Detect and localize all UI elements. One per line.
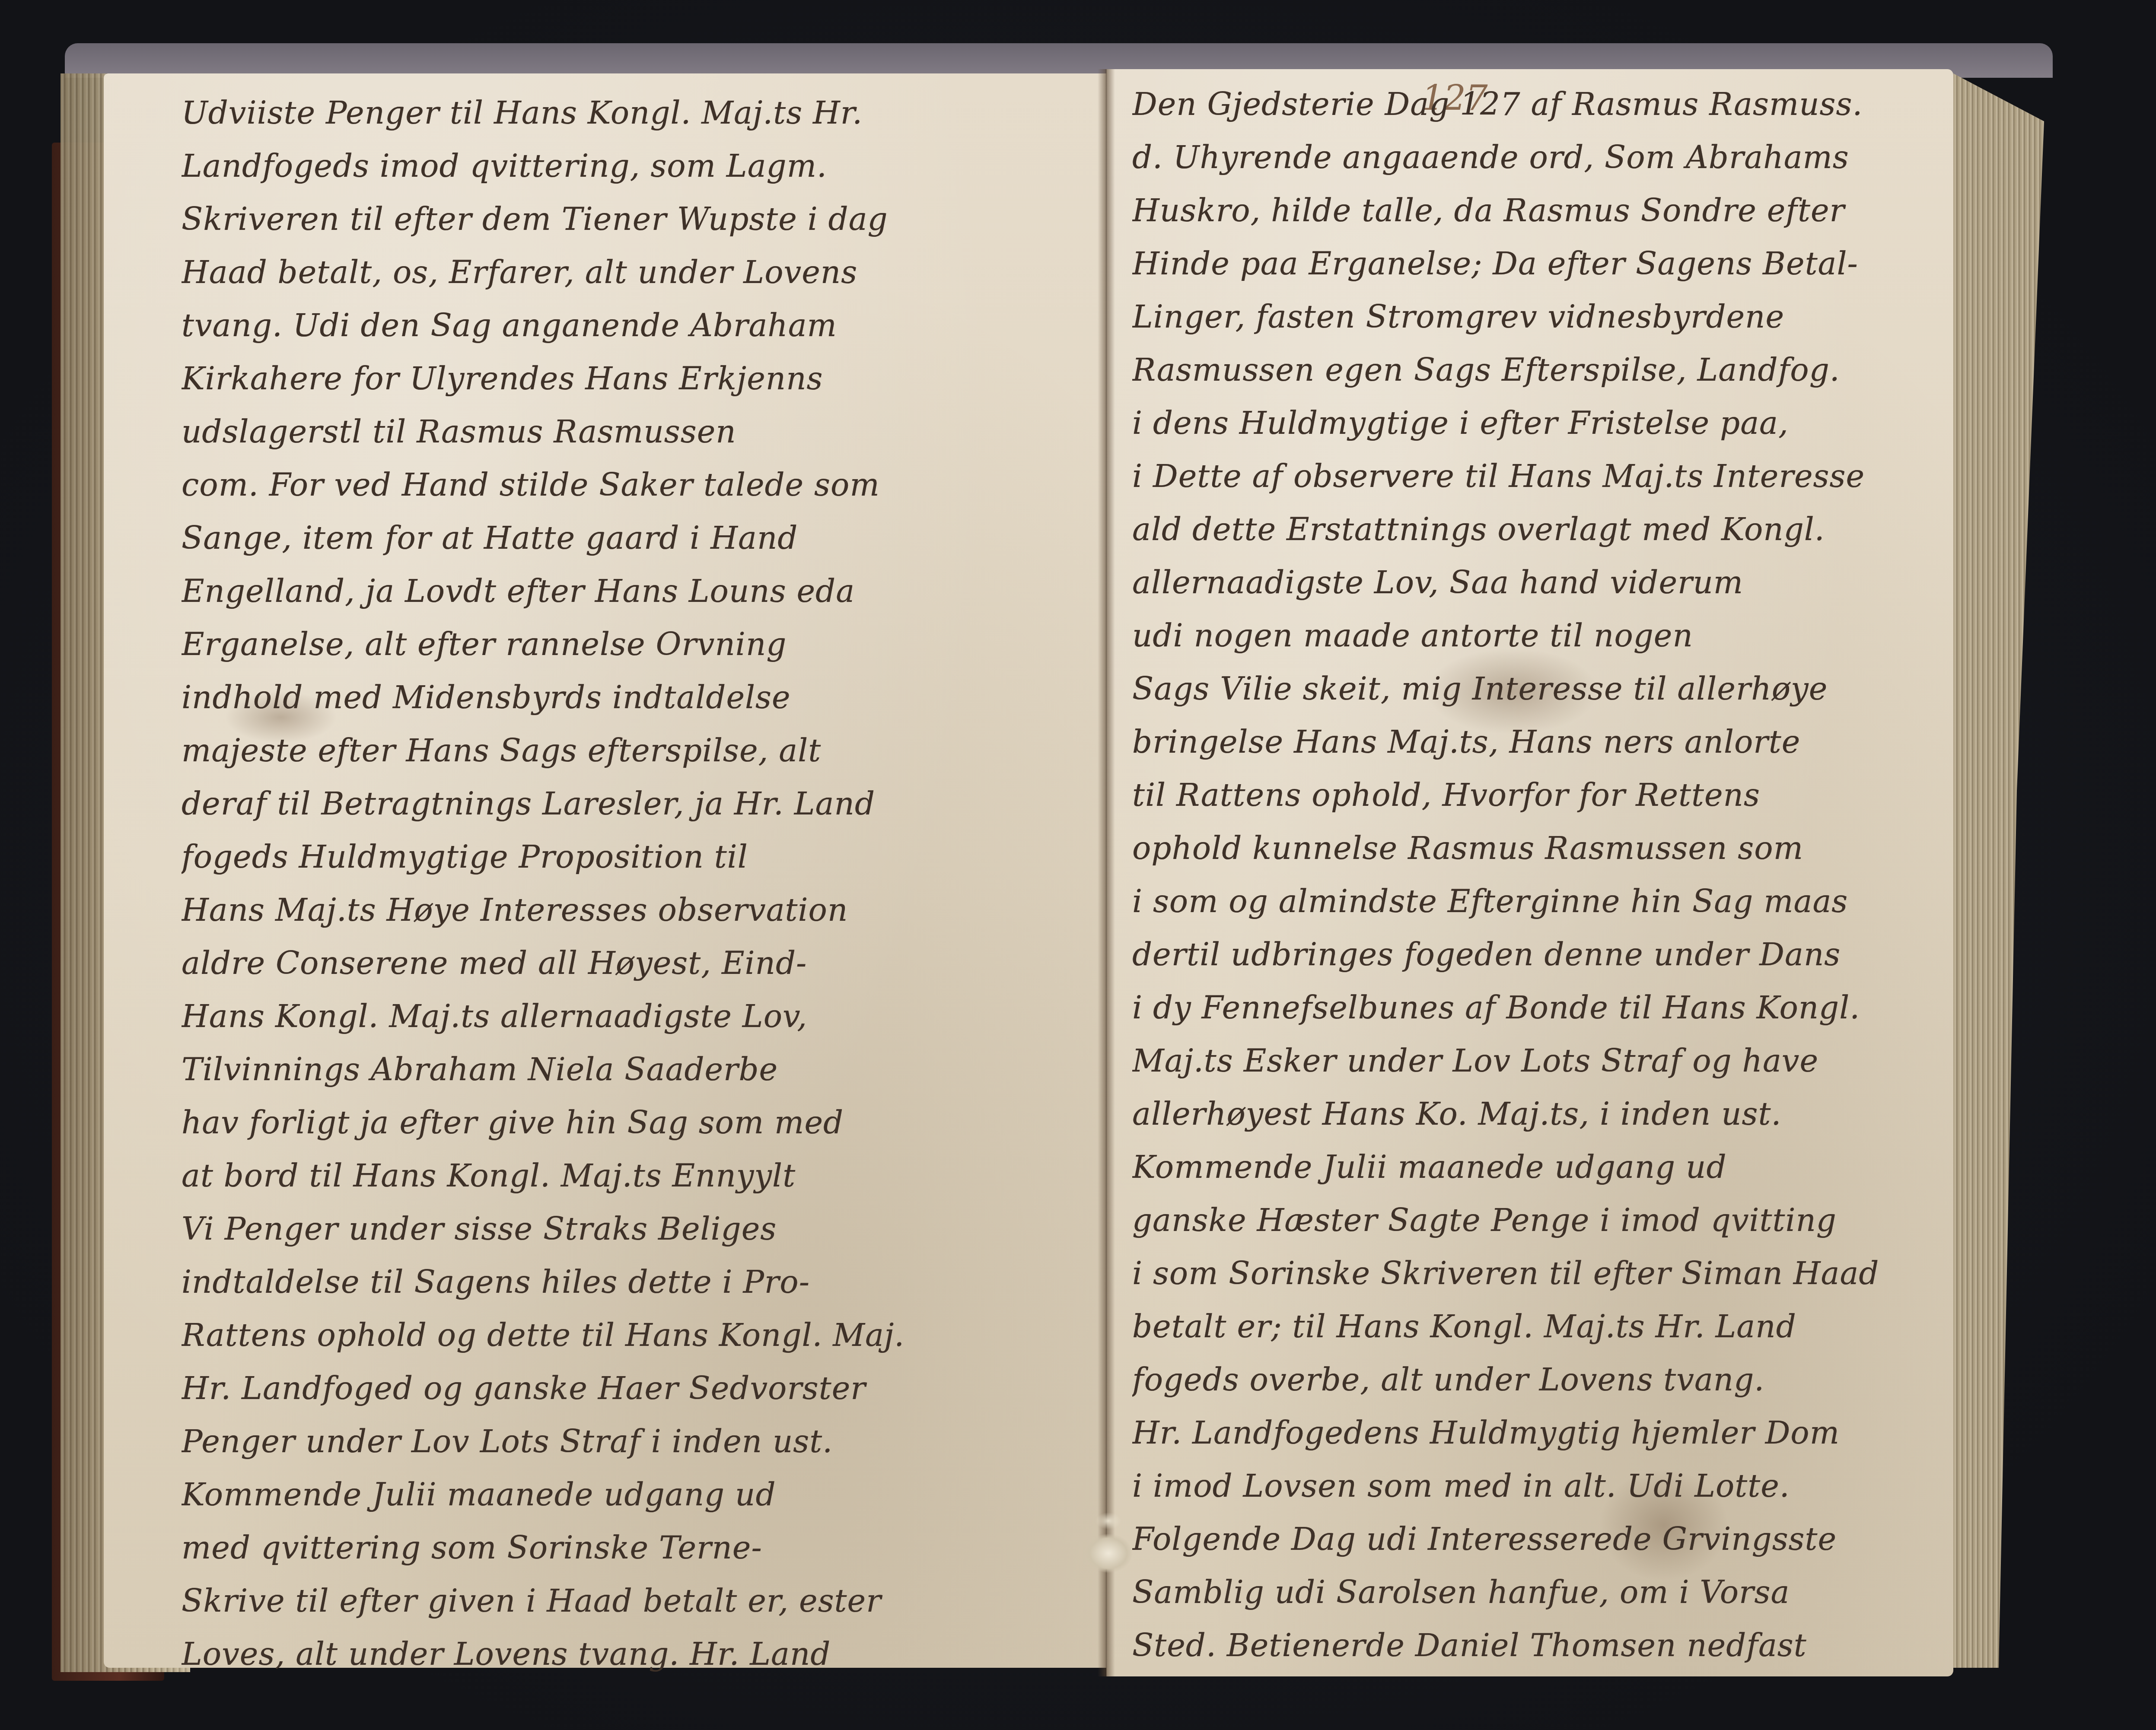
manuscript-line: Rattens ophold og dette til Hans Kongl. … bbox=[182, 1309, 1098, 1362]
right-page-text: Den Gjedsterie Dag 127 af Rasmus Rasmuss… bbox=[1132, 78, 1945, 1672]
manuscript-line: Udviiste Penger til Hans Kongl. Maj.ts H… bbox=[182, 86, 1098, 140]
manuscript-line: d. Uhyrende angaaende ord, Som Abrahams bbox=[1132, 131, 1945, 184]
manuscript-line: Penger under Lov Lots Straf i inden ust. bbox=[182, 1415, 1098, 1468]
manuscript-line: Linger, fasten Stromgrev vidnesbyrdene bbox=[1132, 290, 1945, 343]
manuscript-line: allerhøyest Hans Ko. Maj.ts, i inden ust… bbox=[1132, 1088, 1945, 1141]
manuscript-line: i som og almindste Efterginne hin Sag ma… bbox=[1132, 875, 1945, 928]
manuscript-line: at bord til Hans Kongl. Maj.ts Ennyylt bbox=[182, 1149, 1098, 1202]
manuscript-line: Vi Penger under sisse Straks Beliges bbox=[182, 1202, 1098, 1256]
manuscript-line: bringelse Hans Maj.ts, Hans ners anlorte bbox=[1132, 716, 1945, 769]
manuscript-line: Samblig udi Sarolsen hanfue, om i Vorsa bbox=[1132, 1566, 1945, 1619]
manuscript-line: udslagerstl til Rasmus Rasmussen bbox=[182, 405, 1098, 458]
manuscript-line: Huskro, hilde talle, da Rasmus Sondre ef… bbox=[1132, 184, 1945, 237]
manuscript-line: Hans Maj.ts Høye Interesses observation bbox=[182, 884, 1098, 937]
manuscript-line: betalt er; til Hans Kongl. Maj.ts Hr. La… bbox=[1132, 1300, 1945, 1353]
manuscript-line: Hr. Landfoged og ganske Haer Sedvorster bbox=[182, 1362, 1098, 1415]
manuscript-line: udi nogen maade antorte til nogen bbox=[1132, 609, 1945, 662]
manuscript-line: Hinde paa Erganelse; Da efter Sagens Bet… bbox=[1132, 237, 1945, 290]
manuscript-line: til Rattens ophold, Hvorfor for Rettens bbox=[1132, 769, 1945, 822]
manuscript-line: aldre Conserene med all Høyest, Eind- bbox=[182, 937, 1098, 990]
manuscript-line: tvang. Udi den Sag anganende Abraham bbox=[182, 299, 1098, 352]
manuscript-line: Skriveren til efter dem Tiener Wupste i … bbox=[182, 193, 1098, 246]
manuscript-line: ganske Hæster Sagte Penge i imod qvittin… bbox=[1132, 1194, 1945, 1247]
manuscript-line: i imod Lovsen som med in alt. Udi Lotte. bbox=[1132, 1460, 1945, 1513]
manuscript-line: Sted. Betienerde Daniel Thomsen nedfast bbox=[1132, 1619, 1945, 1672]
manuscript-line: Tilvinnings Abraham Niela Saaderbe bbox=[182, 1043, 1098, 1096]
manuscript-line: i Dette af observere til Hans Maj.ts Int… bbox=[1132, 450, 1945, 503]
manuscript-line: Engelland, ja Lovdt efter Hans Louns eda bbox=[182, 565, 1098, 618]
manuscript-line: Kommende Julii maanede udgang ud bbox=[182, 1468, 1098, 1521]
manuscript-line: Rasmussen egen Sags Efterspilse, Landfog… bbox=[1132, 343, 1945, 397]
manuscript-line: indhold med Midensbyrds indtaldelse bbox=[182, 671, 1098, 724]
manuscript-line: ald dette Erstattnings overlagt med Kong… bbox=[1132, 503, 1945, 556]
manuscript-line: Sags Vilie skeit, mig Interesse til alle… bbox=[1132, 662, 1945, 716]
book-gutter bbox=[1098, 69, 1115, 1676]
manuscript-line: i som Sorinske Skriveren til efter Siman… bbox=[1132, 1247, 1945, 1300]
manuscript-line: ophold kunnelse Rasmus Rasmussen som bbox=[1132, 822, 1945, 875]
manuscript-line: majeste efter Hans Sags efterspilse, alt bbox=[182, 724, 1098, 777]
manuscript-line: Kirkahere for Ulyrendes Hans Erkjenns bbox=[182, 352, 1098, 405]
manuscript-line: Skrive til efter given i Haad betalt er,… bbox=[182, 1574, 1098, 1628]
binding-thread-top bbox=[1096, 1512, 1121, 1530]
manuscript-line: Loves, alt under Lovens tvang. Hr. Land bbox=[182, 1628, 1098, 1681]
manuscript-line: dertil udbringes fogeden denne under Dan… bbox=[1132, 928, 1945, 981]
manuscript-line: indtaldelse til Sagens hiles dette i Pro… bbox=[182, 1256, 1098, 1309]
manuscript-line: com. For ved Hand stilde Saker talede so… bbox=[182, 458, 1098, 512]
manuscript-line: allernaadigste Lov, Saa hand viderum bbox=[1132, 556, 1945, 609]
manuscript-line: Erganelse, alt efter rannelse Orvning bbox=[182, 618, 1098, 671]
manuscript-line: Maj.ts Esker under Lov Lots Straf og hav… bbox=[1132, 1034, 1945, 1088]
open-ledger-book: 127 Udviiste Penger til Hans Kongl. Maj.… bbox=[0, 0, 2156, 1730]
manuscript-line: Landfogeds imod qvittering, som Lagm. bbox=[182, 140, 1098, 193]
manuscript-line: Sange, item for at Hatte gaard i Hand bbox=[182, 512, 1098, 565]
manuscript-line: Hans Kongl. Maj.ts allernaadigste Lov, bbox=[182, 990, 1098, 1043]
manuscript-line: fogeds Huldmygtige Proposition til bbox=[182, 830, 1098, 884]
manuscript-line: Folgende Dag udi Interesserede Grvingsst… bbox=[1132, 1513, 1945, 1566]
manuscript-line: Den Gjedsterie Dag 127 af Rasmus Rasmuss… bbox=[1132, 78, 1945, 131]
manuscript-line: med qvittering som Sorinske Terne- bbox=[182, 1521, 1098, 1574]
manuscript-line: fogeds overbe, alt under Lovens tvang. bbox=[1132, 1353, 1945, 1406]
right-page-block-edges bbox=[1953, 73, 2044, 1668]
manuscript-line: i dy Fennefselbunes af Bonde til Hans Ko… bbox=[1132, 981, 1945, 1034]
manuscript-line: hav forligt ja efter give hin Sag som me… bbox=[182, 1096, 1098, 1149]
manuscript-line: Kommende Julii maanede udgang ud bbox=[1132, 1141, 1945, 1194]
manuscript-line: deraf til Betragtnings Laresler, ja Hr. … bbox=[182, 777, 1098, 830]
manuscript-line: Haad betalt, os, Erfarer, alt under Love… bbox=[182, 246, 1098, 299]
manuscript-line: i dens Huldmygtige i efter Fristelse paa… bbox=[1132, 397, 1945, 450]
left-page-text: Udviiste Penger til Hans Kongl. Maj.ts H… bbox=[182, 86, 1098, 1681]
manuscript-line: Hr. Landfogedens Huldmygtig hjemler Dom bbox=[1132, 1406, 1945, 1460]
